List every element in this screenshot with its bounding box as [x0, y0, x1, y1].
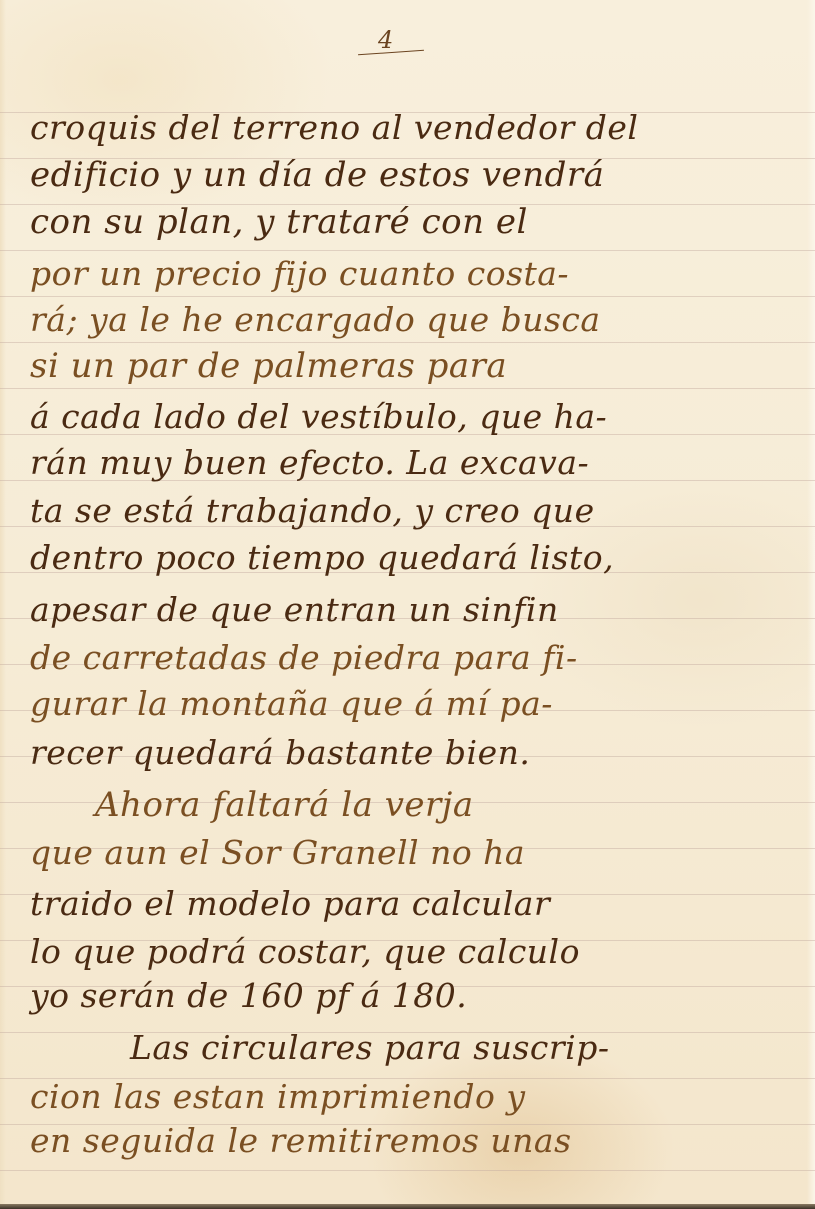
ruling-line — [0, 296, 815, 297]
text-line: lo que podrá costar, que calculo — [30, 932, 580, 971]
text-line: cion las estan imprimiendo y — [30, 1077, 526, 1116]
text-line: que aun el Sor Granell no ha — [30, 833, 525, 872]
text-line: traido el modelo para calcular — [30, 884, 550, 923]
text-line: edificio y un día de estos vendrá — [30, 155, 604, 195]
letter-page: 4 croquis del terreno al vendedor del ed… — [0, 0, 815, 1209]
ruling-line — [0, 342, 815, 343]
text-line: por un precio fijo cuanto costa- — [30, 254, 569, 293]
text-line: ta se está trabajando, y creo que — [30, 491, 595, 530]
text-line: croquis del terreno al vendedor del — [30, 108, 638, 147]
text-line: rán muy buen efecto. La excava- — [30, 443, 589, 482]
text-line: rá; ya le he encargado que busca — [30, 300, 601, 339]
ruling-line — [0, 388, 815, 389]
page-number: 4 — [378, 26, 393, 54]
text-line: dentro poco tiempo quedará listo, — [30, 538, 614, 577]
text-line-paragraph-start: Ahora faltará la verja — [95, 785, 474, 825]
text-line: en seguida le remitiremos unas — [30, 1121, 572, 1160]
text-line-paragraph-start: Las circulares para suscrip- — [130, 1028, 609, 1067]
ruling-line — [0, 1170, 815, 1171]
paper-bottom-edge — [0, 1204, 815, 1209]
text-line: á cada lado del vestíbulo, que ha- — [30, 397, 607, 436]
text-line: yo serán de 160 pf á 180. — [30, 976, 467, 1015]
text-line: apesar de que entran un sinfin — [30, 590, 559, 629]
text-line: gurar la montaña que á mí pa- — [30, 684, 553, 723]
text-line: recer quedará bastante bien. — [30, 733, 530, 772]
text-line: de carretadas de piedra para fi- — [30, 638, 578, 677]
ruling-line — [0, 250, 815, 251]
paper-left-edge — [0, 0, 6, 1209]
text-line: si un par de palmeras para — [30, 346, 507, 386]
paper-right-edge — [807, 0, 815, 1209]
text-line: con su plan, y trataré con el — [30, 202, 528, 242]
